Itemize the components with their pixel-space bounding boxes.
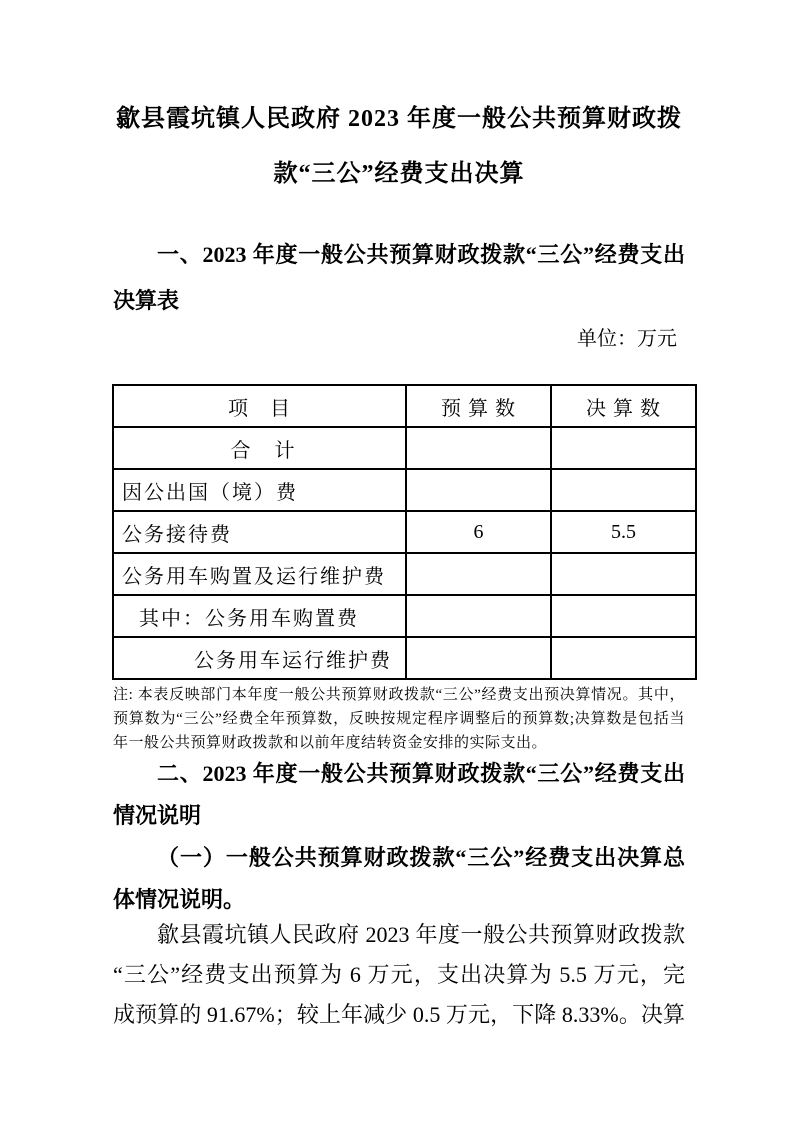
row-label-vehicle-purchase: 其中：公务用车购置费 [113,595,406,637]
section-2-heading: 二、2023 年度一般公共预算财政拨款“三公”经费支出 情况说明 [113,753,685,837]
row-label-reception: 公务接待费 [113,511,406,553]
section-1-heading-line-2: 决算表 [113,278,685,324]
table-row-vehicle-purchase: 其中：公务用车购置费 [113,595,696,637]
row-vehicle-purchase-final [551,595,696,637]
row-abroad-final [551,469,696,511]
table-row-vehicle-maintenance: 公务用车运行维护费 [113,637,696,679]
paragraph-line-3: 成预算的 91.67%；较上年减少 0.5 万元，下降 8.33%。决算 [113,995,685,1035]
row-label-total: 合 计 [113,427,406,469]
table-row-abroad: 因公出国（境）费 [113,469,696,511]
paragraph-line-1: 歙县霞坑镇人民政府 2023 年度一般公共预算财政拨款 [113,915,685,955]
budget-table: 项 目 预 算 数 决 算 数 合 计 因公出国（境）费 公务接待费 6 [112,384,697,680]
section-1-heading-line-1: 一、2023 年度一般公共预算财政拨款“三公”经费支出 [113,232,685,278]
table-row-vehicle: 公务用车购置及运行维护费 [113,553,696,595]
row-label-vehicle-maintenance: 公务用车运行维护费 [113,637,406,679]
document-content: 歙县霞坑镇人民政府 2023 年度一般公共预算财政拨 款“三公”经费支出决算 一… [113,0,685,1035]
row-vehicle-final [551,553,696,595]
paragraph-line-2: “三公”经费支出预算为 6 万元，支出决算为 5.5 万元，完 [113,955,685,995]
row-vehicle-maintenance-final [551,637,696,679]
row-abroad-budget [406,469,551,511]
budget-table-wrapper: 项 目 预 算 数 决 算 数 合 计 因公出国（境）费 公务接待费 6 [112,384,685,680]
section-2-1-heading: （一）一般公共预算财政拨款“三公”经费支出决算总 体情况说明。 [113,837,685,921]
row-reception-budget: 6 [406,511,551,553]
col-header-budget: 预 算 数 [406,385,551,427]
title-line-2: 款“三公”经费支出决算 [113,147,685,202]
row-total-final [551,427,696,469]
row-vehicle-budget [406,553,551,595]
section-1-heading: 一、2023 年度一般公共预算财政拨款“三公”经费支出 决算表 [113,232,685,324]
document-title: 歙县霞坑镇人民政府 2023 年度一般公共预算财政拨 款“三公”经费支出决算 [113,92,685,202]
document-page: 歙县霞坑镇人民政府 2023 年度一般公共预算财政拨 款“三公”经费支出决算 一… [0,0,793,1122]
row-label-abroad: 因公出国（境）费 [113,469,406,511]
row-total-budget [406,427,551,469]
unit-label: 单位：万元 [113,324,685,354]
title-line-1: 歙县霞坑镇人民政府 2023 年度一般公共预算财政拨 [113,92,685,147]
section-2-heading-line-2: 情况说明 [113,795,685,837]
col-header-item: 项 目 [113,385,406,427]
col-header-final: 决 算 数 [551,385,696,427]
table-note: 注: 本表反映部门本年度一般公共预算财政拨款“三公”经费支出预决算情况。其中，预… [113,683,685,755]
section-2-1-heading-line-1: （一）一般公共预算财政拨款“三公”经费支出决算总 [113,837,685,879]
table-header-row: 项 目 预 算 数 决 算 数 [113,385,696,427]
row-vehicle-maintenance-budget [406,637,551,679]
table-row-total: 合 计 [113,427,696,469]
body-paragraph: 歙县霞坑镇人民政府 2023 年度一般公共预算财政拨款 “三公”经费支出预算为 … [113,915,685,1035]
section-2-heading-line-1: 二、2023 年度一般公共预算财政拨款“三公”经费支出 [113,753,685,795]
row-vehicle-purchase-budget [406,595,551,637]
row-label-vehicle: 公务用车购置及运行维护费 [113,553,406,595]
table-row-reception: 公务接待费 6 5.5 [113,511,696,553]
row-reception-final: 5.5 [551,511,696,553]
